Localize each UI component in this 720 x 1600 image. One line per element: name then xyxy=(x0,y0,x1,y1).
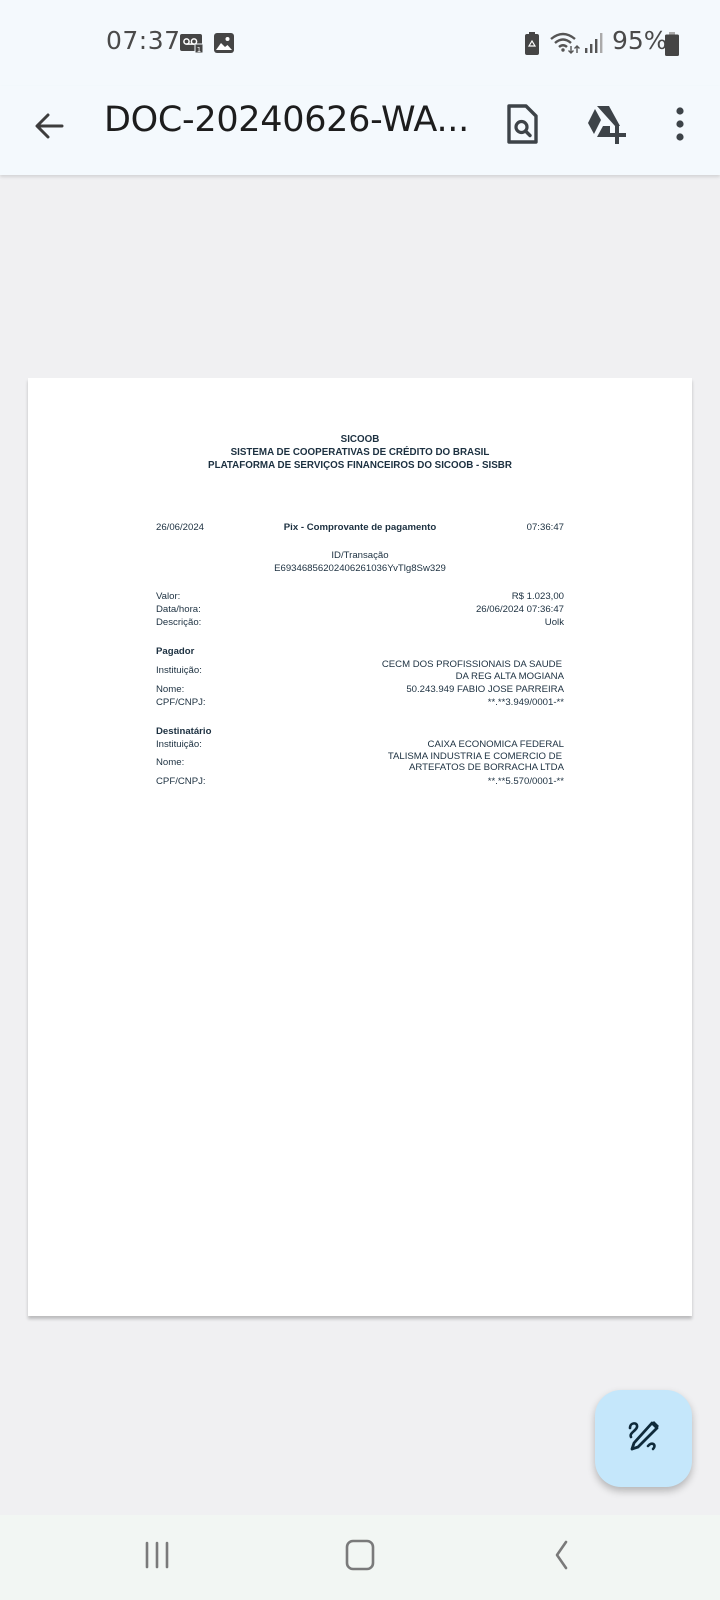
destinatario-nome-line2: ARTEFATOS DE BORRACHA LTDA xyxy=(409,761,564,774)
pagador-nome-label: Nome: xyxy=(156,683,184,696)
status-bar: 07:37 1 xyxy=(0,0,720,86)
valor-label: Valor: xyxy=(156,590,180,603)
battery-icon xyxy=(665,32,679,61)
header-bank-name: SICOOB xyxy=(156,433,564,446)
pdf-viewer[interactable]: SICOOB SISTEMA DE COOPERATIVAS DE CRÉDIT… xyxy=(0,175,720,1515)
app-bar: DOC-20240626-WA... xyxy=(0,86,720,175)
system-nav-bar xyxy=(0,1515,720,1600)
datahora-value: 26/06/2024 07:36:47 xyxy=(476,603,564,616)
drive-add-icon xyxy=(582,135,630,152)
pagador-instituicao-line2: DA REG ALTA MOGIANA xyxy=(456,670,564,683)
pagador-instituicao-label: Instituição: xyxy=(156,664,202,677)
arrow-left-icon xyxy=(28,135,72,152)
more-options-button[interactable] xyxy=(656,100,704,148)
receipt-title: Pix - Comprovante de pagamento xyxy=(156,521,564,534)
wifi-icon xyxy=(549,31,581,60)
back-button[interactable] xyxy=(28,104,72,148)
destinatario-title: Destinatário xyxy=(156,725,211,738)
transaction-id: E69346856202406261036YvTlg8Sw329 xyxy=(156,562,564,575)
destinatario-nome-label: Nome: xyxy=(156,756,184,769)
valor-value: R$ 1.023,00 xyxy=(512,590,564,603)
header-system-name: SISTEMA DE COOPERATIVAS DE CRÉDITO DO BR… xyxy=(156,446,564,459)
pagador-cpf: **.**3.949/0001-** xyxy=(488,696,564,709)
destinatario-instituicao-label: Instituição: xyxy=(156,738,202,751)
status-time: 07:37 xyxy=(106,26,181,55)
voicemail-icon: 1 xyxy=(180,34,204,59)
pdf-page: SICOOB SISTEMA DE COOPERATIVAS DE CRÉDIT… xyxy=(28,378,692,1316)
descricao-label: Descrição: xyxy=(156,616,201,629)
annotate-button[interactable] xyxy=(595,1390,692,1487)
receipt-time: 07:36:47 xyxy=(527,521,564,534)
home-icon xyxy=(344,1539,376,1576)
home-button[interactable] xyxy=(330,1535,390,1579)
back-icon xyxy=(547,1539,577,1576)
receipt-header: SICOOB SISTEMA DE COOPERATIVAS DE CRÉDIT… xyxy=(156,433,564,472)
destinatario-cpf-label: CPF/CNPJ: xyxy=(156,775,206,788)
transaction-id-label: ID/Transação xyxy=(156,549,564,562)
recents-icon xyxy=(143,1540,173,1575)
search-document-button[interactable] xyxy=(499,100,547,148)
system-back-button[interactable] xyxy=(532,1535,592,1579)
battery-saver-icon xyxy=(524,32,540,60)
pagador-title: Pagador xyxy=(156,645,194,658)
document-title: DOC-20240626-WA... xyxy=(104,100,469,140)
svg-text:1: 1 xyxy=(197,46,201,54)
draw-annotate-icon xyxy=(624,1416,664,1461)
signal-icon xyxy=(584,32,606,59)
pagador-cpf-label: CPF/CNPJ: xyxy=(156,696,206,709)
datahora-label: Data/hora: xyxy=(156,603,201,616)
battery-percent: 95% xyxy=(612,26,668,55)
search-document-icon xyxy=(499,135,547,152)
image-icon xyxy=(214,33,234,58)
drive-add-button[interactable] xyxy=(582,100,630,148)
header-platform-name: PLATAFORMA DE SERVIÇOS FINANCEIROS DO SI… xyxy=(156,459,564,472)
more-vert-icon xyxy=(656,135,704,152)
recents-button[interactable] xyxy=(128,1535,188,1579)
descricao-value: Uolk xyxy=(545,616,564,629)
destinatario-cpf: **.**5.570/0001-** xyxy=(488,775,564,788)
pagador-nome: 50.243.949 FABIO JOSE PARREIRA xyxy=(406,683,564,696)
